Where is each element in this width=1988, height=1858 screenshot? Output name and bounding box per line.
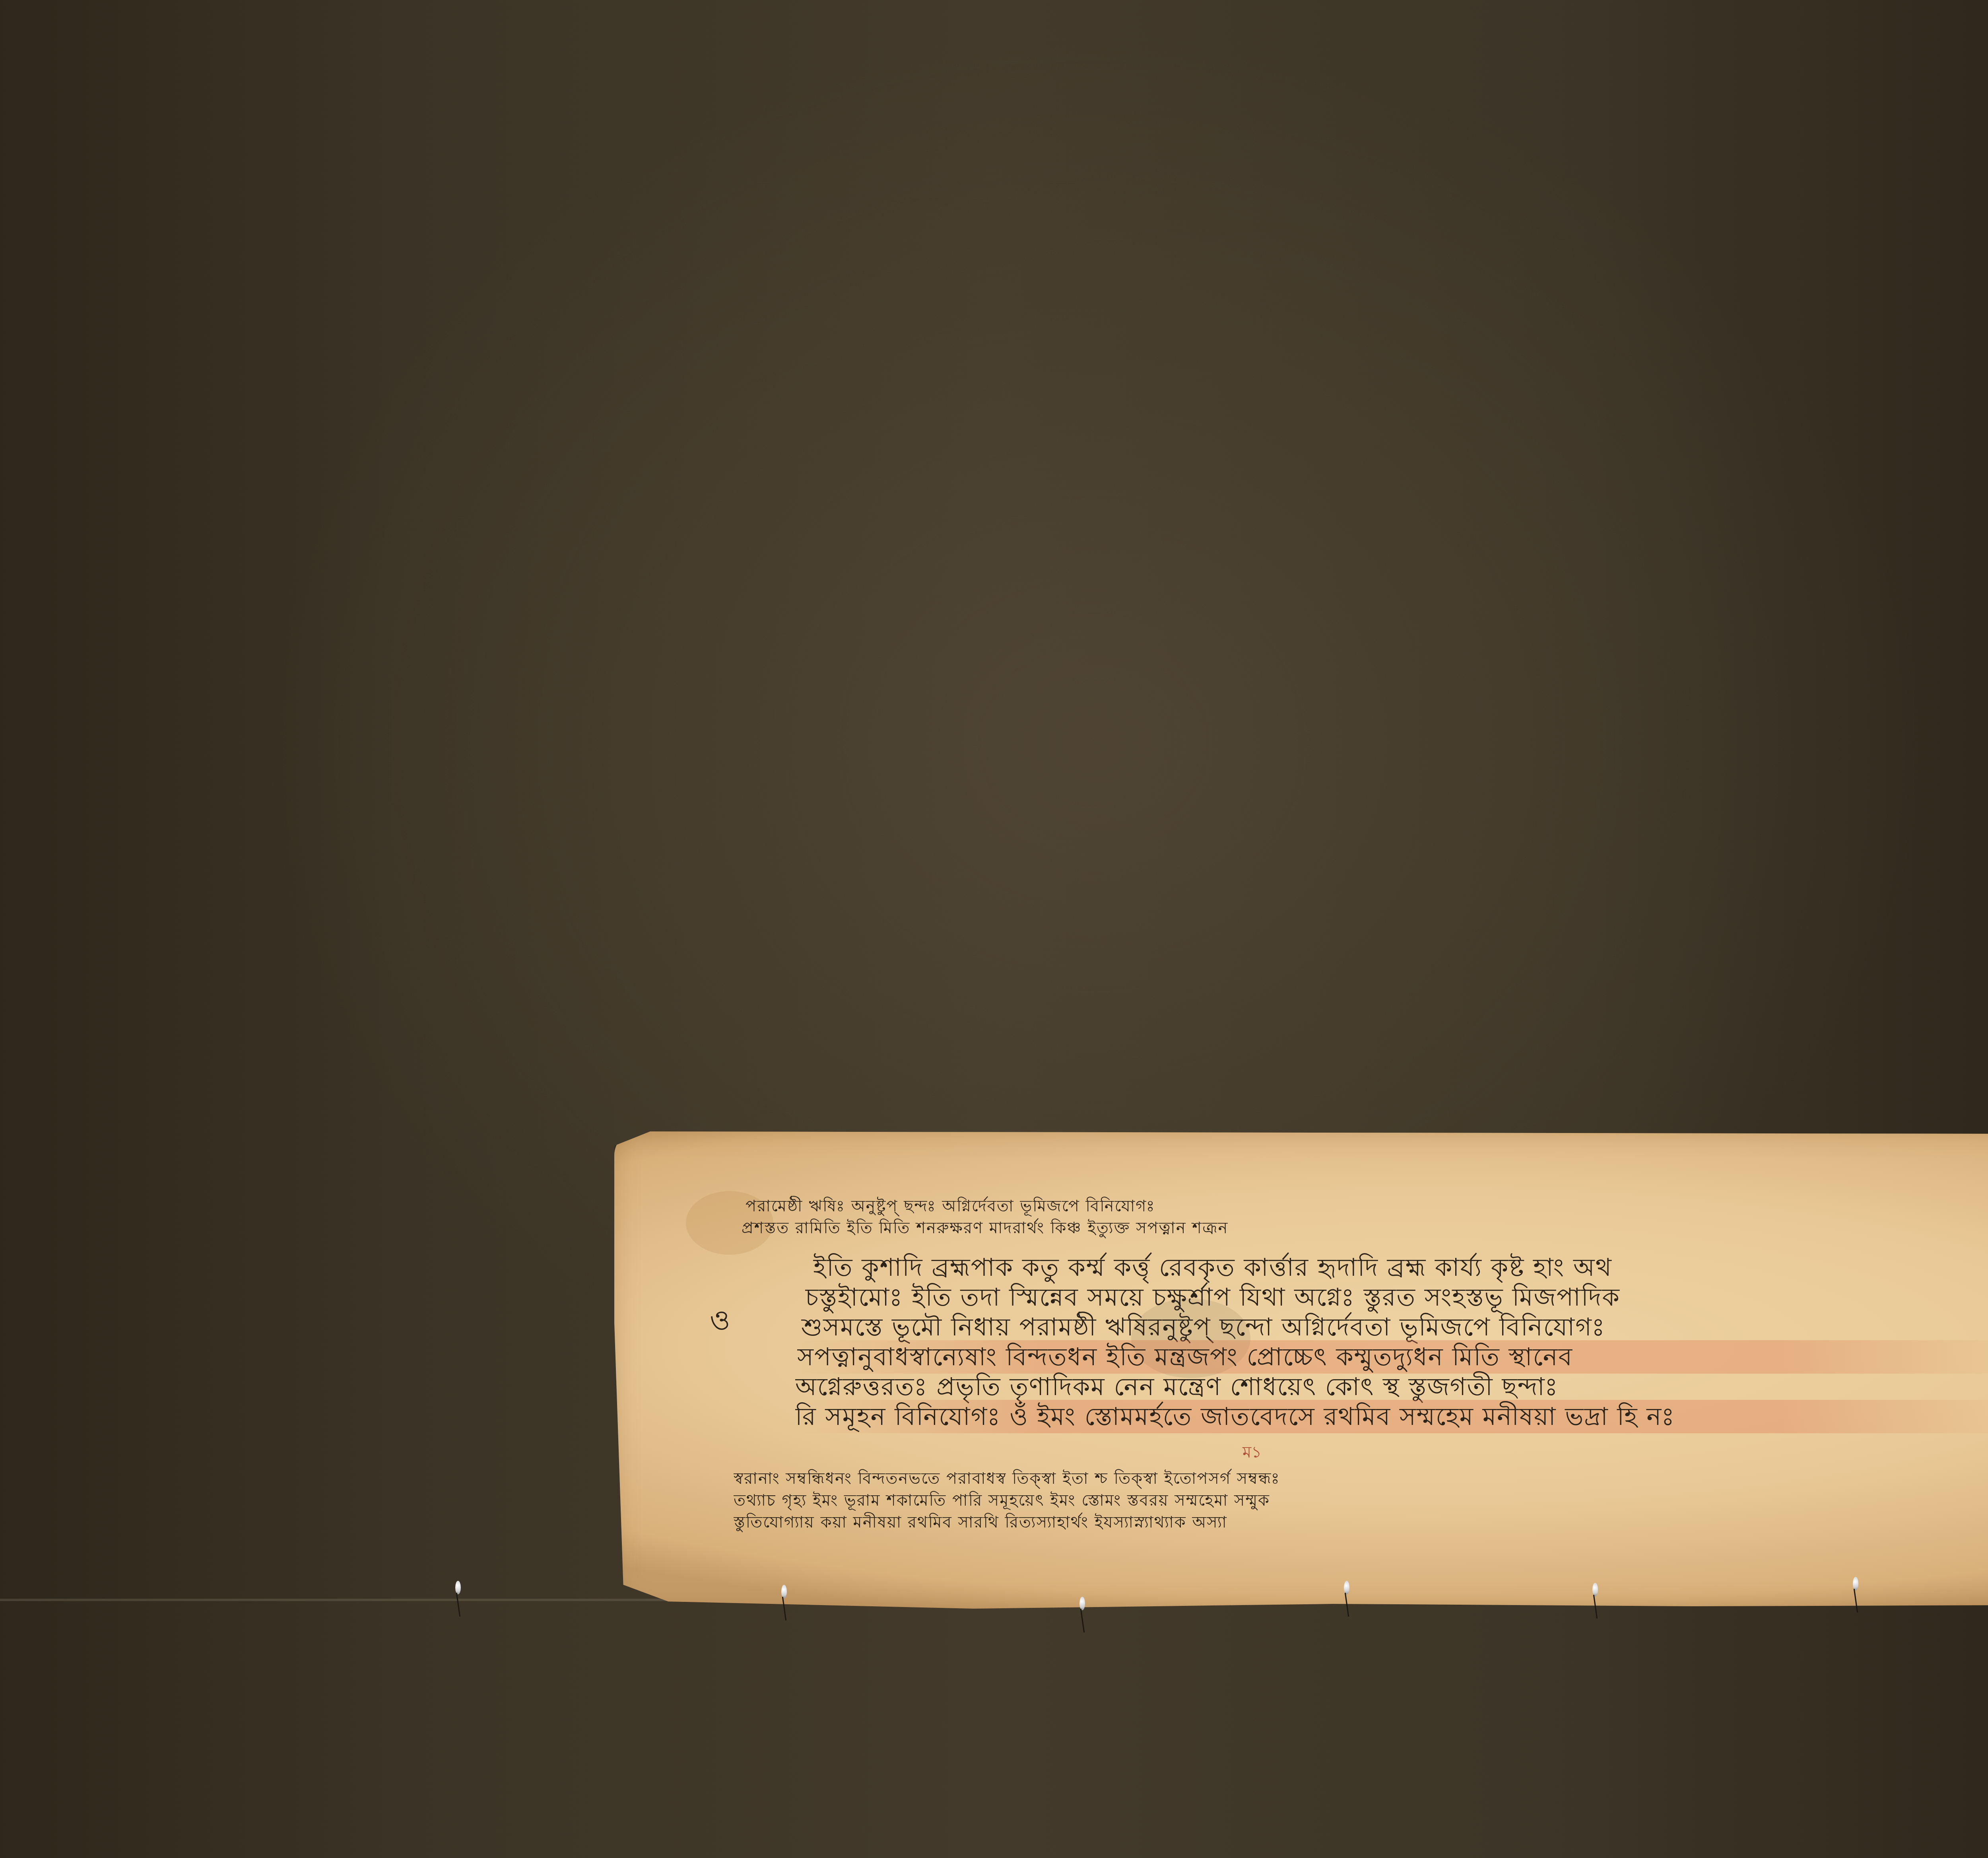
text-line-main-5: অগ্নেরুত্তরতঃ প্রভৃতি তৃণাদিকম নেন মন্ত্… bbox=[795, 1370, 1988, 1403]
manuscript-leaf: পরামেষ্ঠী ঋষিঃ অনুষ্টুপ্ ছন্দঃ অগ্নির্দে… bbox=[614, 1131, 1988, 1609]
mounting-pin bbox=[781, 1585, 787, 1598]
text-line-main-3: শুসমস্তে ভূমৌ নিধায় পরামষ্ঠী ঋষিরনুষ্টু… bbox=[801, 1310, 1988, 1344]
text-line-main-2: চস্তুইামোঃ ইতি তদা স্মিন্নেব সময়ে চক্ষু… bbox=[805, 1281, 1988, 1314]
text-line-top-2: প্রশস্তত রামিতি ইতি মিতি শনরুক্ষরণ মাদরা… bbox=[742, 1217, 1988, 1239]
mounting-pin bbox=[1853, 1577, 1858, 1590]
text-line-top-1: পরামেষ্ঠী ঋষিঃ অনুষ্টুপ্ ছন্দঃ অগ্নির্দে… bbox=[745, 1195, 1988, 1217]
mounting-pin bbox=[1344, 1581, 1349, 1594]
text-line-bottom-2: তথ্যাচ গৃহ্য ইমং ভূরাম শকামেতি পারি সমূহ… bbox=[734, 1489, 1988, 1512]
text-line-bottom-1: স্বরানাং সম্বন্ধিধনং বিন্দতনভতে পরাবাধস্… bbox=[734, 1467, 1988, 1490]
mounting-pin bbox=[1592, 1583, 1598, 1596]
text-line-main-6: রি সমূহন বিনিযোগঃ ওঁ ইমং স্তোমমর্হতে জাত… bbox=[795, 1400, 1988, 1433]
center-bottom-mark: ম১ bbox=[1242, 1440, 1262, 1466]
mounting-pin bbox=[455, 1581, 461, 1594]
text-line-bottom-3: স্তুতিযোগ্যায় কয়া মনীষয়া রথমিব সারথি … bbox=[734, 1511, 1988, 1533]
text-line-main-4: সপত্নানুবাধস্বান্যেষাং বিন্দতধন ইতি মন্ত… bbox=[797, 1340, 1988, 1374]
left-margin-mark: ও bbox=[710, 1298, 730, 1345]
mounting-pin bbox=[1079, 1597, 1085, 1610]
text-line-main-1: ইতি কুশাদি ব্রহ্মপাক কতু কর্ম্ম কর্ত্তৃ … bbox=[813, 1251, 1988, 1284]
